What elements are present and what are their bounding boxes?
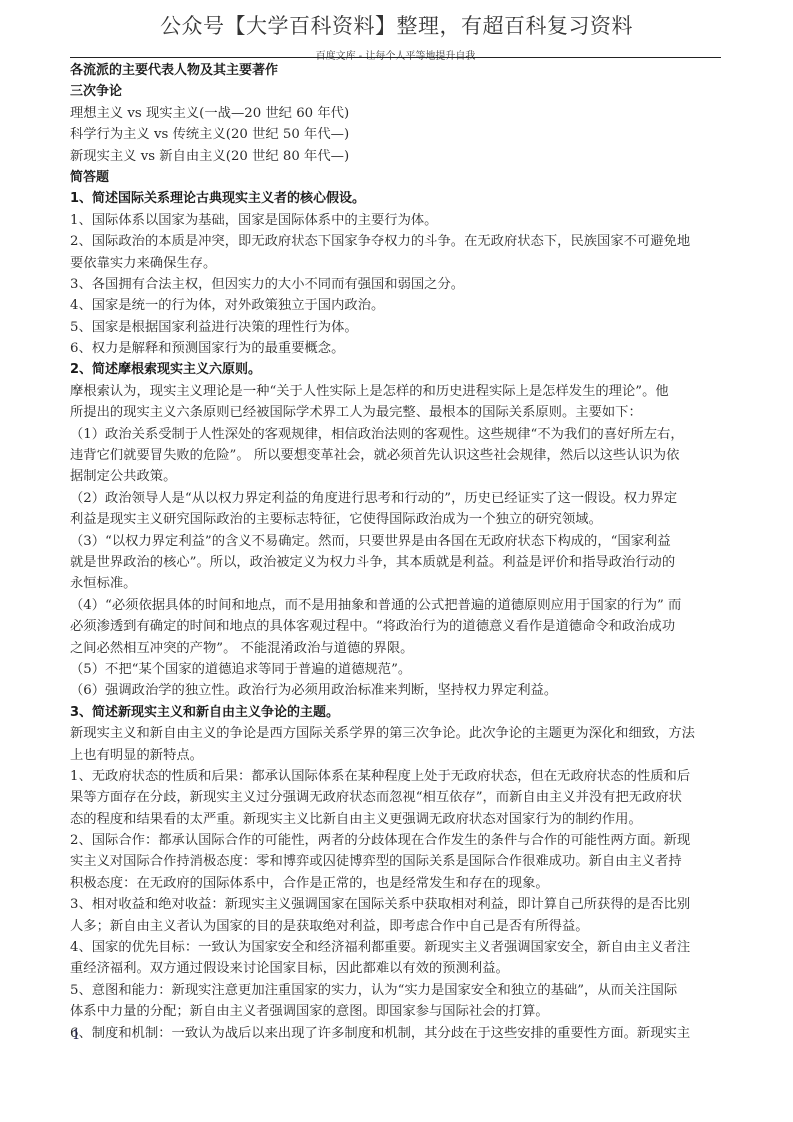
text-line: 1、无政府状态的性质和后果：都承认国际体系在某种程度上处于无政府状态，但在无政府… bbox=[70, 766, 730, 787]
text-line: 人多；新自由主义者认为国家的目的是获取绝对利益，即考虑合作中自己是否有所得益。 bbox=[70, 916, 730, 937]
text-line: 新现实主义 vs 新自由主义(20 世纪 80 年代—) bbox=[70, 146, 730, 167]
text-line: 科学行为主义 vs 传统主义(20 世纪 50 年代—) bbox=[70, 124, 730, 145]
text-line: （5）不把“某个国家的道德追求等同于普遍的道德规范”。 bbox=[70, 659, 730, 680]
text-line: 所提出的现实主义六条原则已经被国际学术界工人为最完整、最根本的国际关系原则。主要… bbox=[70, 402, 730, 423]
text-line: 果等方面存在分歧，新现实主义过分强调无政府状态而忽视“相互依存”，而新自由主义并… bbox=[70, 787, 730, 808]
text-line: 新现实主义和新自由主义的争论是西方国际关系学界的第三次争论。此次争论的主题更为深… bbox=[70, 723, 730, 744]
text-line: 要依靠实力来确保生存。 bbox=[70, 253, 730, 274]
page-number: 1 bbox=[72, 1028, 80, 1043]
text-line: （1）政治关系受制于人性深处的客观规律，相信政治法则的客观性。这些规律“不为我们… bbox=[70, 424, 730, 445]
heading-line: 2、简述摩根索现实主义六原则。 bbox=[70, 359, 730, 380]
text-line: （6）强调政治学的独立性。政治行为必须用政治标准来判断，坚持权力界定利益。 bbox=[70, 680, 730, 701]
heading-line: 3、简述新现实主义和新自由主义争论的主题。 bbox=[70, 702, 730, 723]
text-line: 3、相对收益和绝对收益：新现实主义强调国家在国际关系中获取相对利益，即计算自己所… bbox=[70, 894, 730, 915]
text-line: 重经济福利。双方通过假设来讨论国家目标，因此都难以有效的预测利益。 bbox=[70, 958, 730, 979]
text-line: 态的程度和结果看的太严重。新现实主义比新自由主义更强调无政府状态对国家行为的制约… bbox=[70, 809, 730, 830]
text-line: 就是世界政治的核心”。所以，政治被定义为权力斗争，其本质就是利益。利益是评价和指… bbox=[70, 552, 730, 573]
text-line: （4）“必须依据具体的时间和地点，而不是用抽象和普通的公式把普遍的道德原则应用于… bbox=[70, 595, 730, 616]
text-line: （2）政治领导人是“从以权力界定利益的角度进行思考和行动的”，历史已经证实了这一… bbox=[70, 488, 730, 509]
heading-line: 三次争论 bbox=[70, 81, 730, 102]
text-line: 据制定公共政策。 bbox=[70, 466, 730, 487]
text-line: 之间必然相互冲突的产物”。 不能混淆政治与道德的界限。 bbox=[70, 638, 730, 659]
text-line: 4、国家的优先目标：一致认为国家安全和经济福利都重要。新现实主义者强调国家安全，… bbox=[70, 937, 730, 958]
text-line: 5、意图和能力：新现实注意更加注重国家的实力，认为“实力是国家安全和独立的基础”… bbox=[70, 980, 730, 1001]
heading-line: 1、简述国际关系理论古典现实主义者的核心假设。 bbox=[70, 188, 730, 209]
text-line: （3）“以权力界定利益”的含义不易确定。然而，只要世界是由各国在无政府状态下构成… bbox=[70, 531, 730, 552]
text-line: 违背它们就要冒失败的危险”。 所以要想变革社会，就必须首先认识这些社会规律，然后… bbox=[70, 445, 730, 466]
text-line: 2、国际合作：都承认国际合作的可能性，两者的分歧体现在合作发生的条件与合作的可能… bbox=[70, 830, 730, 851]
text-line: 4、国家是统一的行为体，对外政策独立于国内政治。 bbox=[70, 295, 730, 316]
text-line: 永恒标准。 bbox=[70, 573, 730, 594]
text-line: 理想主义 vs 现实主义(一战—20 世纪 60 年代) bbox=[70, 103, 730, 124]
text-line: 2、国际政治的本质是冲突，即无政府状态下国家争夺权力的斗争。在无政府状态下，民族… bbox=[70, 231, 730, 252]
watermark-banner: 公众号【大学百科资料】整理，有超百科复习资料 bbox=[0, 10, 793, 40]
text-line: 必须渗透到有确定的时间和地点的具体客观过程中。“将政治行为的道德意义看作是道德命… bbox=[70, 616, 730, 637]
text-line: 利益是现实主义研究国际政治的主要标志特征，它使得国际政治成为一个独立的研究领域。 bbox=[70, 509, 730, 530]
text-line: 1、国际体系以国家为基础，国家是国际体系中的主要行为体。 bbox=[70, 210, 730, 231]
header-rule bbox=[70, 57, 721, 58]
text-line: 5、国家是根据国家利益进行决策的理性行为体。 bbox=[70, 317, 730, 338]
text-line: 体系中力量的分配；新自由主义者强调国家的意图。即国家参与国际社会的打算。 bbox=[70, 1001, 730, 1022]
text-line: 实主义对国际合作持消极态度：零和博弈或囚徒博弈型的国际关系是国际合作很难成功。新… bbox=[70, 851, 730, 872]
heading-line: 简答题 bbox=[70, 167, 730, 188]
text-line: 积极态度：在无政府的国际体系中，合作是正常的，也是经常发生和存在的现象。 bbox=[70, 873, 730, 894]
text-line: 6、制度和机制：一致认为战后以来出现了许多制度和机制，其分歧在于这些安排的重要性… bbox=[70, 1023, 730, 1044]
text-line: 3、各国拥有合法主权，但因实力的大小不同而有强国和弱国之分。 bbox=[70, 274, 730, 295]
document-body: 各流派的主要代表人物及其主要著作三次争论理想主义 vs 现实主义(一战—20 世… bbox=[70, 60, 730, 1044]
text-line: 摩根索认为，现实主义理论是一种“关于人性实际上是怎样的和历史进程实际上是怎样发生… bbox=[70, 381, 730, 402]
text-line: 上也有明显的新特点。 bbox=[70, 745, 730, 766]
heading-line: 各流派的主要代表人物及其主要著作 bbox=[70, 60, 730, 81]
text-line: 6、权力是解释和预测国家行为的最重要概念。 bbox=[70, 338, 730, 359]
